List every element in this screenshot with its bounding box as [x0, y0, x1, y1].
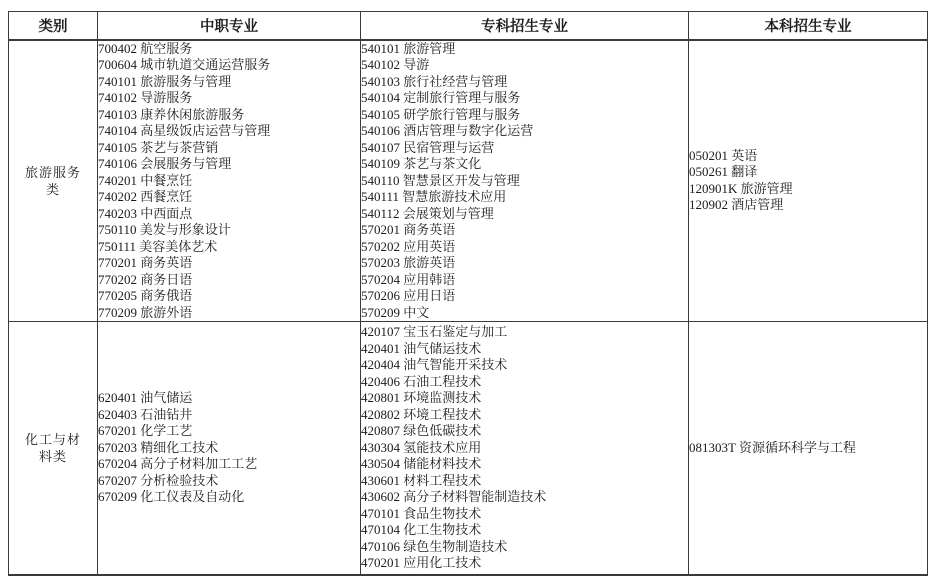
- major-item: 620401 油气储运: [98, 390, 360, 407]
- major-item: 740102 导游服务: [98, 90, 360, 107]
- cell-junior-college-majors: 420107 宝玉石鉴定与加工420401 油气储运技术420404 油气智能开…: [361, 322, 689, 575]
- major-item: 420401 油气储运技术: [361, 341, 688, 358]
- major-item: 740104 高星级饭店运营与管理: [98, 123, 360, 140]
- major-item: 420802 环境工程技术: [361, 407, 688, 424]
- major-item: 540102 导游: [361, 57, 688, 74]
- major-item: 570203 旅游英语: [361, 255, 688, 272]
- major-item: 670204 高分子材料加工工艺: [98, 456, 360, 473]
- major-item: 540111 智慧旅游技术应用: [361, 189, 688, 206]
- major-item: 670209 化工仪表及自动化: [98, 489, 360, 506]
- major-item: 750110 美发与形象设计: [98, 222, 360, 239]
- major-item: 770209 旅游外语: [98, 305, 360, 322]
- major-item: 050261 翻译: [689, 164, 927, 181]
- major-item: 750111 美容美体艺术: [98, 239, 360, 256]
- major-item: 430602 高分子材料智能制造技术: [361, 489, 688, 506]
- major-item: 540106 酒店管理与数字化运营: [361, 123, 688, 140]
- major-item: 570202 应用英语: [361, 239, 688, 256]
- category-label: 旅游服务类: [24, 164, 82, 198]
- major-item: 540104 定制旅行管理与服务: [361, 90, 688, 107]
- major-item: 470101 食品生物技术: [361, 506, 688, 523]
- cell-undergraduate-majors: 050201 英语050261 翻译120901K 旅游管理120902 酒店管…: [689, 40, 928, 322]
- major-item: 740202 西餐烹饪: [98, 189, 360, 206]
- major-item: 430601 材料工程技术: [361, 473, 688, 490]
- major-item: 770202 商务日语: [98, 272, 360, 289]
- header-junior-college: 专科招生专业: [361, 12, 689, 40]
- major-item: 420801 环境监测技术: [361, 390, 688, 407]
- major-item: 620403 石油钻井: [98, 407, 360, 424]
- major-item: 540110 智慧景区开发与管理: [361, 173, 688, 190]
- major-item: 540103 旅行社经营与管理: [361, 74, 688, 91]
- cell-secondary-vocational-majors: 620401 油气储运620403 石油钻井670201 化学工艺670203 …: [98, 322, 361, 575]
- cell-undergraduate-majors: 081303T 资源循环科学与工程: [689, 322, 928, 575]
- cell-category: 旅游服务类: [9, 40, 98, 322]
- major-item: 420406 石油工程技术: [361, 374, 688, 391]
- major-item: 740101 旅游服务与管理: [98, 74, 360, 91]
- major-item: 740106 会展服务与管理: [98, 156, 360, 173]
- major-item: 540112 会展策划与管理: [361, 206, 688, 223]
- table-row-tourism-services: 旅游服务类 700402 航空服务700604 城市轨道交通运营服务740101…: [9, 40, 928, 322]
- header-secondary-vocational: 中职专业: [98, 12, 361, 40]
- majors-table: 类别 中职专业 专科招生专业 本科招生专业 旅游服务类 700402 航空服务7…: [8, 11, 928, 576]
- major-item: 570209 中文: [361, 305, 688, 322]
- major-item: 670207 分析检验技术: [98, 473, 360, 490]
- major-item: 120901K 旅游管理: [689, 181, 927, 198]
- category-label: 化工与材料类: [24, 431, 82, 465]
- major-item: 540105 研学旅行管理与服务: [361, 107, 688, 124]
- major-item: 430304 氢能技术应用: [361, 440, 688, 457]
- major-item: 420807 绿色低碳技术: [361, 423, 688, 440]
- header-row: 类别 中职专业 专科招生专业 本科招生专业: [9, 12, 928, 40]
- major-item: 740105 茶艺与茶营销: [98, 140, 360, 157]
- major-item: 670203 精细化工技术: [98, 440, 360, 457]
- major-item: 700604 城市轨道交通运营服务: [98, 57, 360, 74]
- cell-secondary-vocational-majors: 700402 航空服务700604 城市轨道交通运营服务740101 旅游服务与…: [98, 40, 361, 322]
- major-item: 770205 商务俄语: [98, 288, 360, 305]
- header-category: 类别: [9, 12, 98, 40]
- major-item: 740103 康养休闲旅游服务: [98, 107, 360, 124]
- major-item: 420107 宝玉石鉴定与加工: [361, 324, 688, 341]
- major-item: 470104 化工生物技术: [361, 522, 688, 539]
- major-item: 081303T 资源循环科学与工程: [689, 440, 927, 457]
- major-item: 420404 油气智能开采技术: [361, 357, 688, 374]
- header-undergraduate: 本科招生专业: [689, 12, 928, 40]
- major-item: 670201 化学工艺: [98, 423, 360, 440]
- major-item: 740201 中餐烹饪: [98, 173, 360, 190]
- major-item: 570201 商务英语: [361, 222, 688, 239]
- major-item: 540107 民宿管理与运营: [361, 140, 688, 157]
- major-item: 570206 应用日语: [361, 288, 688, 305]
- major-item: 740203 中西面点: [98, 206, 360, 223]
- major-item: 540101 旅游管理: [361, 41, 688, 58]
- major-item: 470201 应用化工技术: [361, 555, 688, 572]
- major-item: 050201 英语: [689, 148, 927, 165]
- major-item: 570204 应用韩语: [361, 272, 688, 289]
- major-item: 430504 储能材料技术: [361, 456, 688, 473]
- major-item: 120902 酒店管理: [689, 197, 927, 214]
- cell-junior-college-majors: 540101 旅游管理540102 导游540103 旅行社经营与管理54010…: [361, 40, 689, 322]
- major-item: 700402 航空服务: [98, 41, 360, 58]
- major-item: 470106 绿色生物制造技术: [361, 539, 688, 556]
- document-page: 类别 中职专业 专科招生专业 本科招生专业 旅游服务类 700402 航空服务7…: [0, 0, 930, 579]
- cell-category: 化工与材料类: [9, 322, 98, 575]
- table-row-chemical-materials: 化工与材料类 620401 油气储运620403 石油钻井670201 化学工艺…: [9, 322, 928, 575]
- major-item: 770201 商务英语: [98, 255, 360, 272]
- major-item: 540109 茶艺与茶文化: [361, 156, 688, 173]
